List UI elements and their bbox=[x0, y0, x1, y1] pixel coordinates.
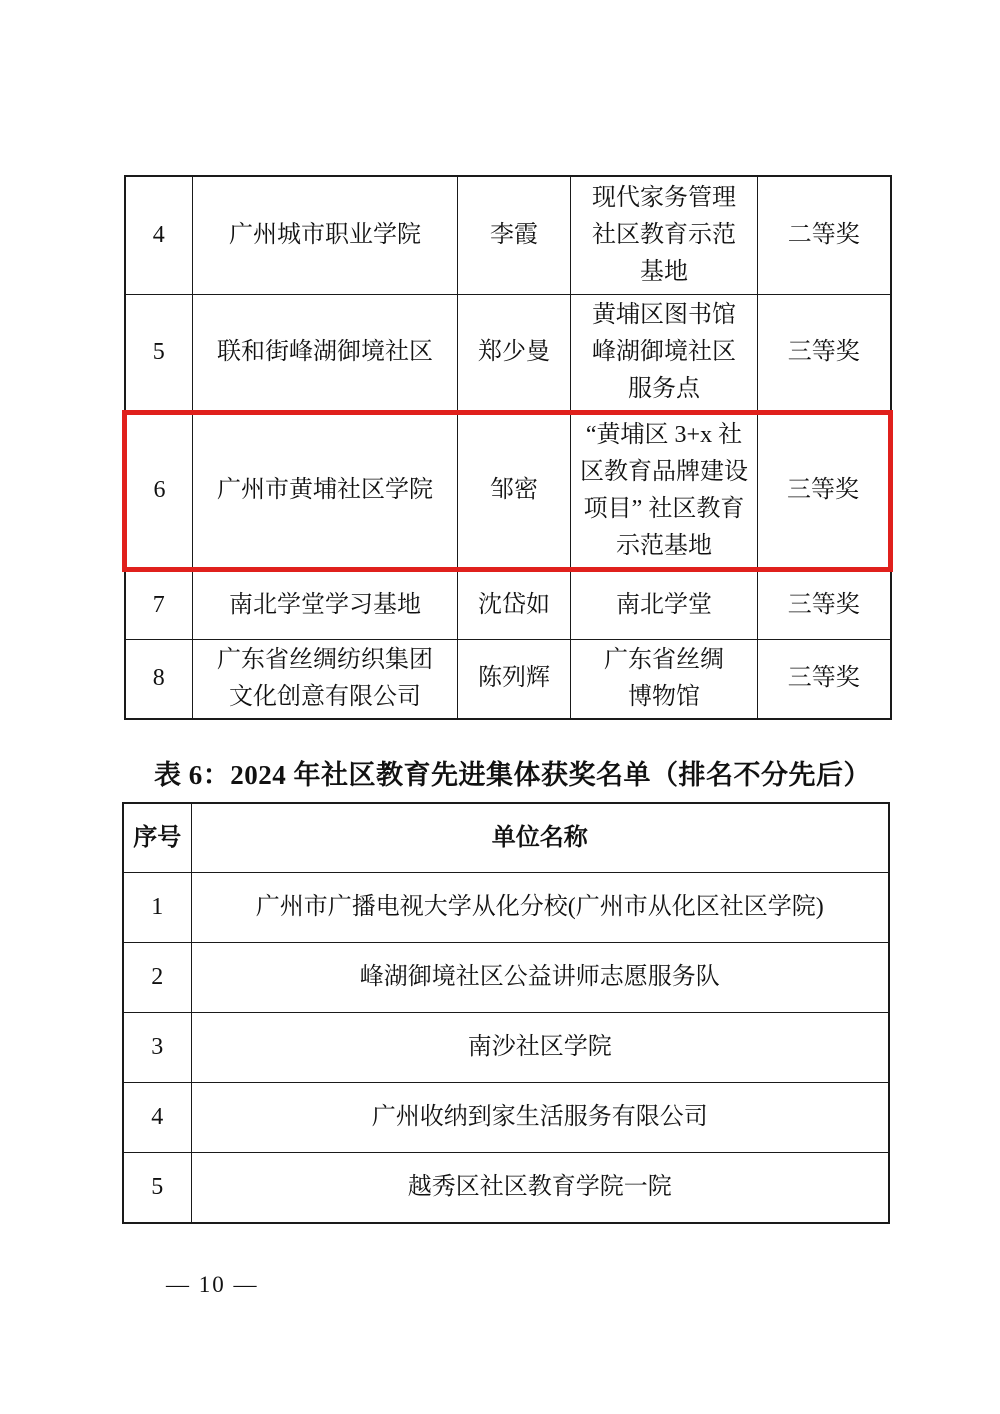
cell-serial-number: 4 bbox=[125, 176, 193, 294]
collective-row: 2峰湖御境社区公益讲师志愿服务队 bbox=[123, 943, 889, 1013]
header-unit-name: 单位名称 bbox=[191, 803, 889, 873]
cell-award-level: 三等奖 bbox=[758, 569, 891, 639]
cell-serial-number: 5 bbox=[125, 294, 193, 412]
cell-award-level: 二等奖 bbox=[758, 176, 891, 294]
award-detail-table: 4广州城市职业学院李霞现代家务管理 社区教育示范 基地二等奖5联和街峰湖御境社区… bbox=[122, 175, 893, 720]
collective-table-body: 1广州市广播电视大学从化分校(广州市从化区社区学院)2峰湖御境社区公益讲师志愿服… bbox=[123, 873, 889, 1223]
cell-person-name: 郑少曼 bbox=[458, 294, 571, 412]
cell-serial-number: 8 bbox=[125, 639, 193, 719]
cell-unit-name: 广东省丝绸纺织集团 文化创意有限公司 bbox=[193, 639, 458, 719]
cell-person-name: 邹密 bbox=[458, 412, 571, 569]
cell-person-name: 陈列辉 bbox=[458, 639, 571, 719]
table6-title: 表 6：2024 年社区教育先进集体获奖名单（排名不分先后） bbox=[122, 758, 888, 792]
page-number: — 10 — bbox=[166, 1272, 259, 1298]
cell-unit-name: 广州收纳到家生活服务有限公司 bbox=[191, 1083, 889, 1153]
collective-row: 5越秀区社区教育学院一院 bbox=[123, 1153, 889, 1223]
award-row: 4广州城市职业学院李霞现代家务管理 社区教育示范 基地二等奖 bbox=[125, 176, 891, 294]
collective-award-table: 序号 单位名称 1广州市广播电视大学从化分校(广州市从化区社区学院)2峰湖御境社… bbox=[122, 802, 890, 1224]
cell-unit-name: 广州市广播电视大学从化分校(广州市从化区社区学院) bbox=[191, 873, 889, 943]
cell-serial-number: 1 bbox=[123, 873, 191, 943]
cell-unit-name: 联和街峰湖御境社区 bbox=[193, 294, 458, 412]
cell-project-name: “黄埔区 3+x 社 区教育品牌建设 项目” 社区教育 示范基地 bbox=[571, 412, 758, 569]
cell-serial-number: 7 bbox=[125, 569, 193, 639]
cell-unit-name: 南北学堂学习基地 bbox=[193, 569, 458, 639]
cell-person-name: 沈岱如 bbox=[458, 569, 571, 639]
cell-serial-number: 4 bbox=[123, 1083, 191, 1153]
cell-serial-number: 2 bbox=[123, 943, 191, 1013]
cell-person-name: 李霞 bbox=[458, 176, 571, 294]
cell-project-name: 广东省丝绸 博物馆 bbox=[571, 639, 758, 719]
award-detail-table-body: 4广州城市职业学院李霞现代家务管理 社区教育示范 基地二等奖5联和街峰湖御境社区… bbox=[125, 176, 891, 719]
page-content: 4广州城市职业学院李霞现代家务管理 社区教育示范 基地二等奖5联和街峰湖御境社区… bbox=[122, 175, 888, 1224]
cell-project-name: 现代家务管理 社区教育示范 基地 bbox=[571, 176, 758, 294]
collective-row: 1广州市广播电视大学从化分校(广州市从化区社区学院) bbox=[123, 873, 889, 943]
document-page: 4广州城市职业学院李霞现代家务管理 社区教育示范 基地二等奖5联和街峰湖御境社区… bbox=[0, 0, 1000, 1414]
cell-serial-number: 5 bbox=[123, 1153, 191, 1223]
collective-row: 4广州收纳到家生活服务有限公司 bbox=[123, 1083, 889, 1153]
collective-row: 3南沙社区学院 bbox=[123, 1013, 889, 1083]
award-row: 8广东省丝绸纺织集团 文化创意有限公司陈列辉广东省丝绸 博物馆三等奖 bbox=[125, 639, 891, 719]
cell-award-level: 三等奖 bbox=[758, 294, 891, 412]
award-row: 7南北学堂学习基地沈岱如南北学堂三等奖 bbox=[125, 569, 891, 639]
header-serial-number: 序号 bbox=[123, 803, 191, 873]
cell-serial-number: 3 bbox=[123, 1013, 191, 1083]
cell-unit-name: 峰湖御境社区公益讲师志愿服务队 bbox=[191, 943, 889, 1013]
cell-unit-name: 越秀区社区教育学院一院 bbox=[191, 1153, 889, 1223]
cell-award-level: 三等奖 bbox=[758, 639, 891, 719]
collective-table-header-row: 序号 单位名称 bbox=[123, 803, 889, 873]
cell-unit-name: 广州市黄埔社区学院 bbox=[193, 412, 458, 569]
cell-serial-number: 6 bbox=[125, 412, 193, 569]
award-row: 5联和街峰湖御境社区郑少曼黄埔区图书馆 峰湖御境社区 服务点三等奖 bbox=[125, 294, 891, 412]
cell-project-name: 南北学堂 bbox=[571, 569, 758, 639]
award-row-highlighted: 6广州市黄埔社区学院邹密“黄埔区 3+x 社 区教育品牌建设 项目” 社区教育 … bbox=[125, 412, 891, 569]
cell-project-name: 黄埔区图书馆 峰湖御境社区 服务点 bbox=[571, 294, 758, 412]
cell-unit-name: 南沙社区学院 bbox=[191, 1013, 889, 1083]
cell-unit-name: 广州城市职业学院 bbox=[193, 176, 458, 294]
cell-award-level: 三等奖 bbox=[758, 412, 891, 569]
